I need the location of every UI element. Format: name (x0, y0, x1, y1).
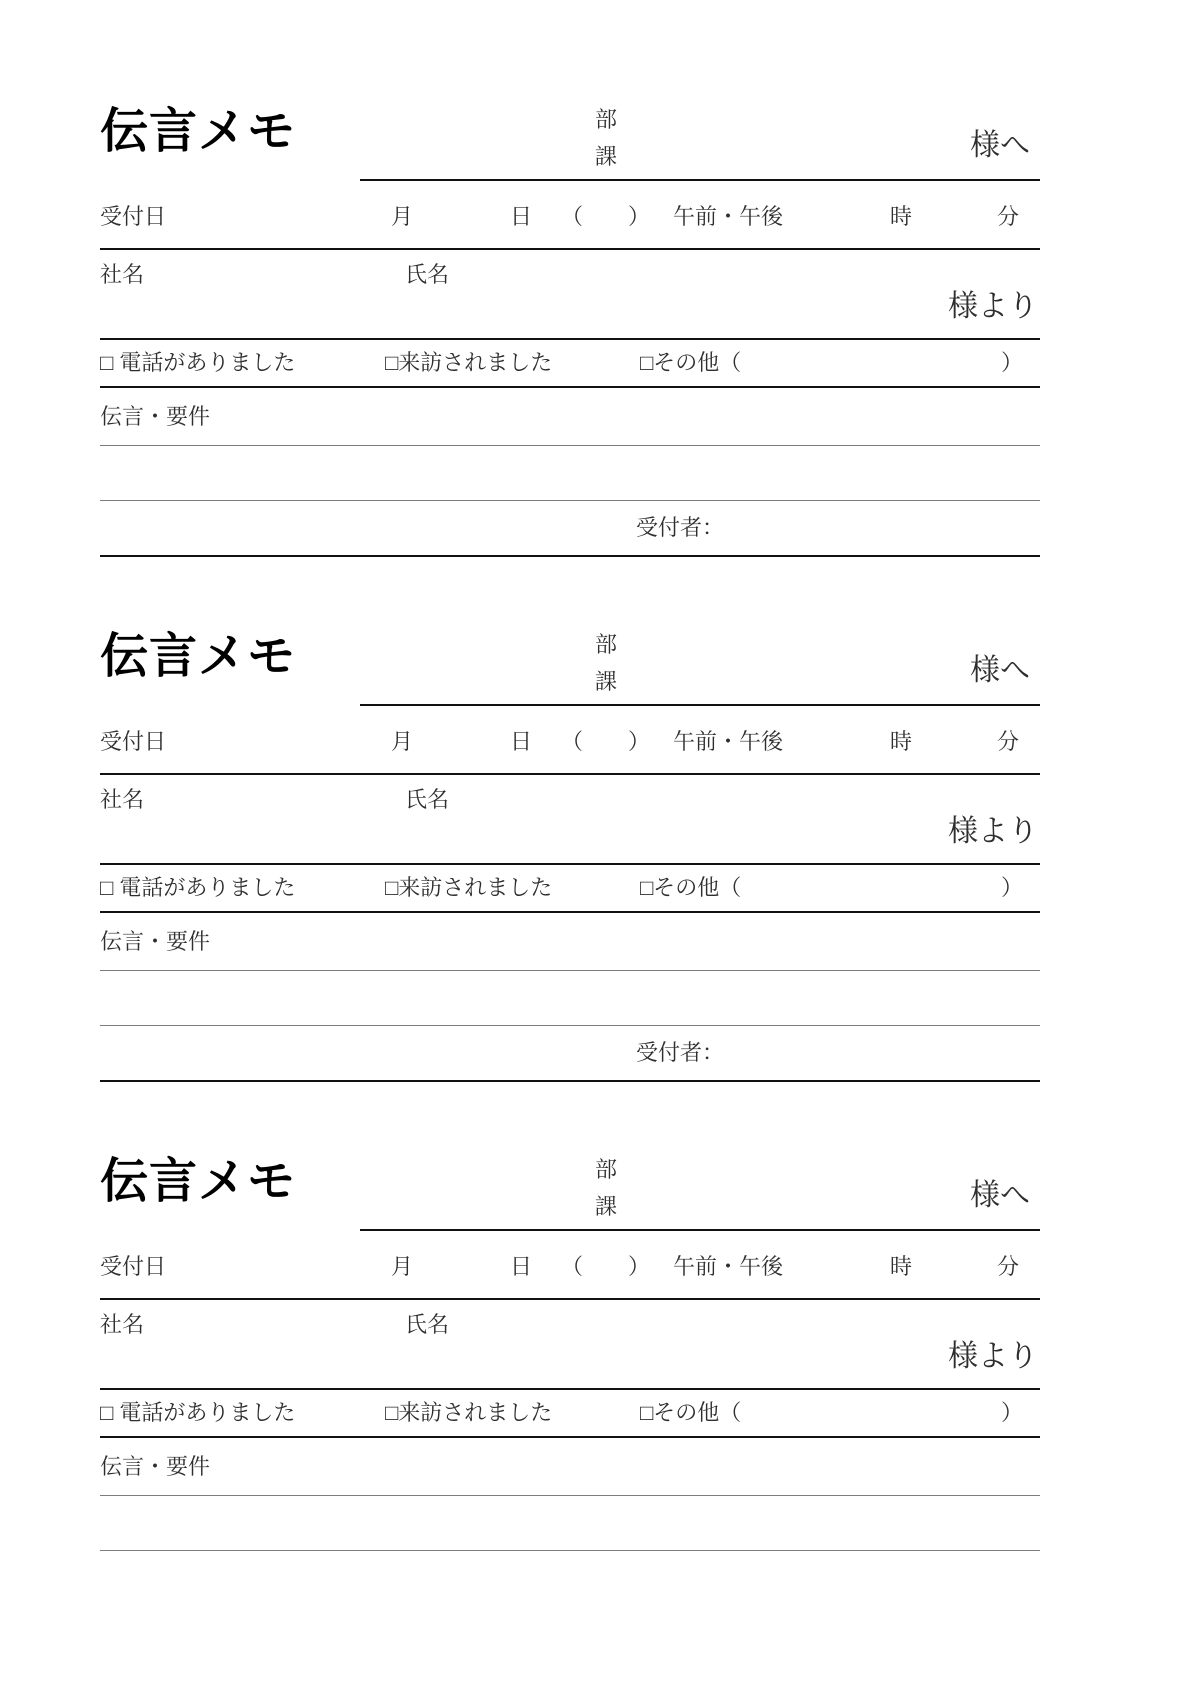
minute-label: 分 (997, 202, 1019, 232)
message-writing-line-1 (100, 970, 1040, 971)
am-pm-label: 午前・午後 (673, 727, 783, 757)
rule-below-caller-row (100, 863, 1040, 865)
receiver-row: 受付者： (100, 1038, 1040, 1068)
receiver-row: 受付者： (100, 513, 1040, 543)
memo-title: 伝言メモ (100, 631, 296, 683)
message-writing-line-2 (100, 1025, 1040, 1026)
checkbox-phone-label: 電話がありました (113, 1400, 295, 1425)
checkbox-icon: □ (100, 350, 113, 375)
weekday-open-paren: （ (561, 1252, 583, 1282)
company-label: 社名 (100, 1310, 144, 1340)
addressee-underline-field: 部 課 様へ (360, 1138, 1040, 1231)
received-date-row: 受付日 月 日 （ ） 午前・午後 時 分 (100, 202, 1040, 232)
checkbox-option-other: □その他（ (640, 873, 741, 903)
checkbox-icon: □ (640, 350, 653, 375)
rule-below-caller-row (100, 338, 1040, 340)
checkbox-option-visit: □来訪されました (385, 1398, 552, 1428)
weekday-close-paren: ） (628, 727, 650, 757)
message-label: 伝言・要件 (100, 927, 210, 957)
rule-card-bottom (100, 1080, 1040, 1082)
section-suffix-label: 課 (595, 145, 617, 169)
am-pm-label: 午前・午後 (673, 1252, 783, 1282)
message-label: 伝言・要件 (100, 1452, 210, 1482)
month-label: 月 (391, 727, 413, 757)
department-suffix-label: 部 (595, 108, 617, 132)
receiver-label: 受付者： (636, 1038, 724, 1068)
rule-below-date-row (100, 248, 1040, 250)
checkbox-option-visit: □来訪されました (385, 348, 552, 378)
sender-suffix-label: 様より (948, 287, 1038, 327)
rule-below-contact-type-row (100, 386, 1040, 388)
day-label: 日 (510, 1252, 532, 1282)
minute-label: 分 (997, 727, 1019, 757)
contact-type-row: □ 電話がありました □来訪されました □その他（ ） (100, 1398, 1040, 1428)
month-label: 月 (391, 202, 413, 232)
rule-below-date-row (100, 1298, 1040, 1300)
checkbox-icon: □ (385, 350, 398, 375)
rule-below-contact-type-row (100, 911, 1040, 913)
minute-label: 分 (997, 1252, 1019, 1282)
day-label: 日 (510, 202, 532, 232)
received-date-label: 受付日 (100, 1252, 166, 1282)
received-date-label: 受付日 (100, 202, 166, 232)
received-date-label: 受付日 (100, 727, 166, 757)
checkbox-icon: □ (100, 875, 113, 900)
person-name-label: 氏名 (405, 260, 449, 290)
rule-below-contact-type-row (100, 1436, 1040, 1438)
sender-suffix-label: 様より (948, 812, 1038, 852)
checkbox-visit-label: 来訪されました (398, 1400, 552, 1425)
checkbox-option-phone: □ 電話がありました (100, 348, 295, 378)
section-suffix-label: 課 (595, 670, 617, 694)
message-writing-line-2 (100, 1550, 1040, 1551)
checkbox-icon: □ (385, 875, 398, 900)
checkbox-option-phone: □ 電話がありました (100, 873, 295, 903)
checkbox-icon: □ (100, 1400, 113, 1425)
caller-row: 社名 氏名 (100, 260, 1040, 290)
caller-row: 社名 氏名 (100, 785, 1040, 815)
section-suffix-label: 課 (595, 1195, 617, 1219)
checkbox-other-label: その他（ (653, 1400, 741, 1425)
weekday-open-paren: （ (561, 727, 583, 757)
recipient-suffix-label: 様へ (970, 654, 1030, 688)
rule-below-caller-row (100, 1388, 1040, 1390)
checkbox-option-visit: □来訪されました (385, 873, 552, 903)
checkbox-visit-label: 来訪されました (398, 875, 552, 900)
checkbox-option-other: □その他（ (640, 1398, 741, 1428)
addressee-underline-field: 部 課 様へ (360, 88, 1040, 181)
person-name-label: 氏名 (405, 785, 449, 815)
am-pm-label: 午前・午後 (673, 202, 783, 232)
weekday-close-paren: ） (628, 202, 650, 232)
sender-suffix-label: 様より (948, 1337, 1038, 1377)
checkbox-icon: □ (640, 1400, 653, 1425)
other-close-paren: ） (1001, 348, 1023, 378)
hour-label: 時 (890, 727, 912, 757)
other-close-paren: ） (1001, 873, 1023, 903)
other-close-paren: ） (1001, 1398, 1023, 1428)
received-date-row: 受付日 月 日 （ ） 午前・午後 時 分 (100, 727, 1040, 757)
rule-card-bottom (100, 555, 1040, 557)
message-row: 伝言・要件 (100, 402, 1040, 432)
checkbox-other-label: その他（ (653, 350, 741, 375)
checkbox-icon: □ (385, 1400, 398, 1425)
checkbox-icon: □ (640, 875, 653, 900)
message-writing-line-1 (100, 445, 1040, 446)
checkbox-option-phone: □ 電話がありました (100, 1398, 295, 1428)
rule-below-date-row (100, 773, 1040, 775)
department-suffix-label: 部 (595, 633, 617, 657)
hour-label: 時 (890, 1252, 912, 1282)
hour-label: 時 (890, 202, 912, 232)
checkbox-phone-label: 電話がありました (113, 350, 295, 375)
company-label: 社名 (100, 260, 144, 290)
memo-title: 伝言メモ (100, 1156, 296, 1208)
weekday-close-paren: ） (628, 1252, 650, 1282)
memo-slip-1: 伝言メモ 部 課 様へ 受付日 月 日 （ ） 午前・午後 時 分 社名 氏名 … (100, 88, 1040, 558)
checkbox-option-other: □その他（ (640, 348, 741, 378)
message-label: 伝言・要件 (100, 402, 210, 432)
message-writing-line-1 (100, 1495, 1040, 1496)
receiver-label: 受付者： (636, 513, 724, 543)
department-suffix-label: 部 (595, 1158, 617, 1182)
contact-type-row: □ 電話がありました □来訪されました □その他（ ） (100, 348, 1040, 378)
weekday-open-paren: （ (561, 202, 583, 232)
received-date-row: 受付日 月 日 （ ） 午前・午後 時 分 (100, 1252, 1040, 1282)
checkbox-other-label: その他（ (653, 875, 741, 900)
contact-type-row: □ 電話がありました □来訪されました □その他（ ） (100, 873, 1040, 903)
addressee-underline-field: 部 課 様へ (360, 613, 1040, 706)
message-writing-line-2 (100, 500, 1040, 501)
checkbox-visit-label: 来訪されました (398, 350, 552, 375)
day-label: 日 (510, 727, 532, 757)
memo-sheet: 伝言メモ 部 課 様へ 受付日 月 日 （ ） 午前・午後 時 分 社名 氏名 … (0, 0, 1191, 1684)
person-name-label: 氏名 (405, 1310, 449, 1340)
caller-row: 社名 氏名 (100, 1310, 1040, 1340)
memo-slip-2: 伝言メモ 部 課 様へ 受付日 月 日 （ ） 午前・午後 時 分 社名 氏名 … (100, 613, 1040, 1083)
memo-title: 伝言メモ (100, 106, 296, 158)
message-row: 伝言・要件 (100, 927, 1040, 957)
message-row: 伝言・要件 (100, 1452, 1040, 1482)
checkbox-phone-label: 電話がありました (113, 875, 295, 900)
month-label: 月 (391, 1252, 413, 1282)
recipient-suffix-label: 様へ (970, 1179, 1030, 1213)
recipient-suffix-label: 様へ (970, 129, 1030, 163)
memo-slip-3: 伝言メモ 部 課 様へ 受付日 月 日 （ ） 午前・午後 時 分 社名 氏名 … (100, 1138, 1040, 1608)
company-label: 社名 (100, 785, 144, 815)
